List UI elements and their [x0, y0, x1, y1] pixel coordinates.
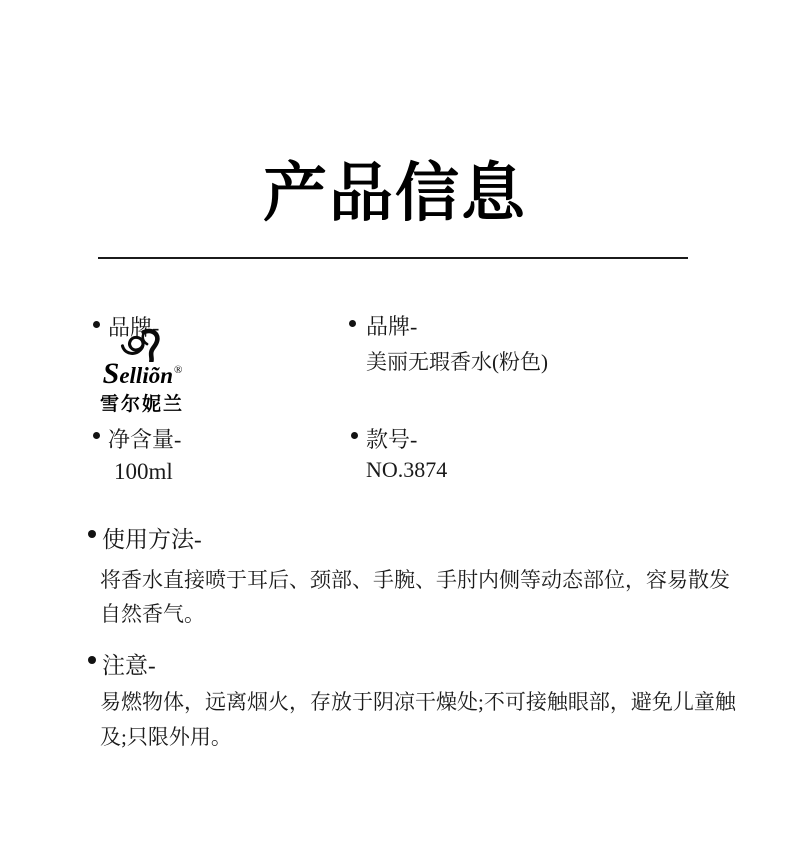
page-title: 产品信息 [0, 142, 790, 234]
logotype-initial: S [103, 357, 120, 390]
bullet-icon [88, 656, 96, 664]
caution-label: 注意- [102, 647, 156, 680]
usage-text: 将香水直接喷于耳后、颈部、手腕、手肘内侧等动态部位，容易散发 自然香气。 [100, 563, 745, 631]
bullet-icon [351, 432, 358, 439]
caution-line-1: 易燃物体，远离烟火，存放于阴凉干燥处;不可接触眼部，避免儿童触 [100, 685, 745, 720]
brand-logo: Selliõn® 雪尔妮兰 [94, 328, 190, 416]
caution-text: 易燃物体，远离烟火，存放于阴凉干燥处;不可接触眼部，避免儿童触 及;只限外用。 [100, 685, 745, 755]
usage-line-1: 将香水直接喷于耳后、颈部、手腕、手肘内侧等动态部位，容易散发 [100, 563, 745, 597]
usage-label: 使用方法- [102, 521, 202, 554]
brand-right-label: 品牌- [366, 310, 417, 341]
brand-chinese-name: 雪尔妮兰 [94, 389, 190, 416]
bullet-icon [93, 432, 100, 439]
brand-right-value: 美丽无瑕香水(粉色) [366, 346, 548, 376]
product-info-page: 产品信息 品牌- Selliõn® 雪尔妮兰 品牌- 美丽无瑕香水(粉色) 净含… [0, 0, 790, 847]
style-number-value: NO.3874 [366, 457, 447, 483]
bullet-icon [349, 320, 356, 327]
bullet-icon [88, 530, 96, 538]
sellion-swirl-icon [116, 328, 168, 362]
logotype-rest: elliõn [119, 363, 173, 388]
usage-line-2: 自然香气。 [100, 597, 745, 631]
title-divider [98, 257, 688, 259]
brand-logotype: Selliõn® [94, 362, 190, 388]
bullet-icon [93, 321, 100, 328]
registered-trademark-icon: ® [174, 364, 182, 376]
net-content-label: 净含量- [108, 423, 181, 454]
style-number-label: 款号- [366, 423, 417, 454]
net-content-value: 100ml [114, 459, 173, 485]
caution-line-2: 及;只限外用。 [100, 720, 745, 755]
